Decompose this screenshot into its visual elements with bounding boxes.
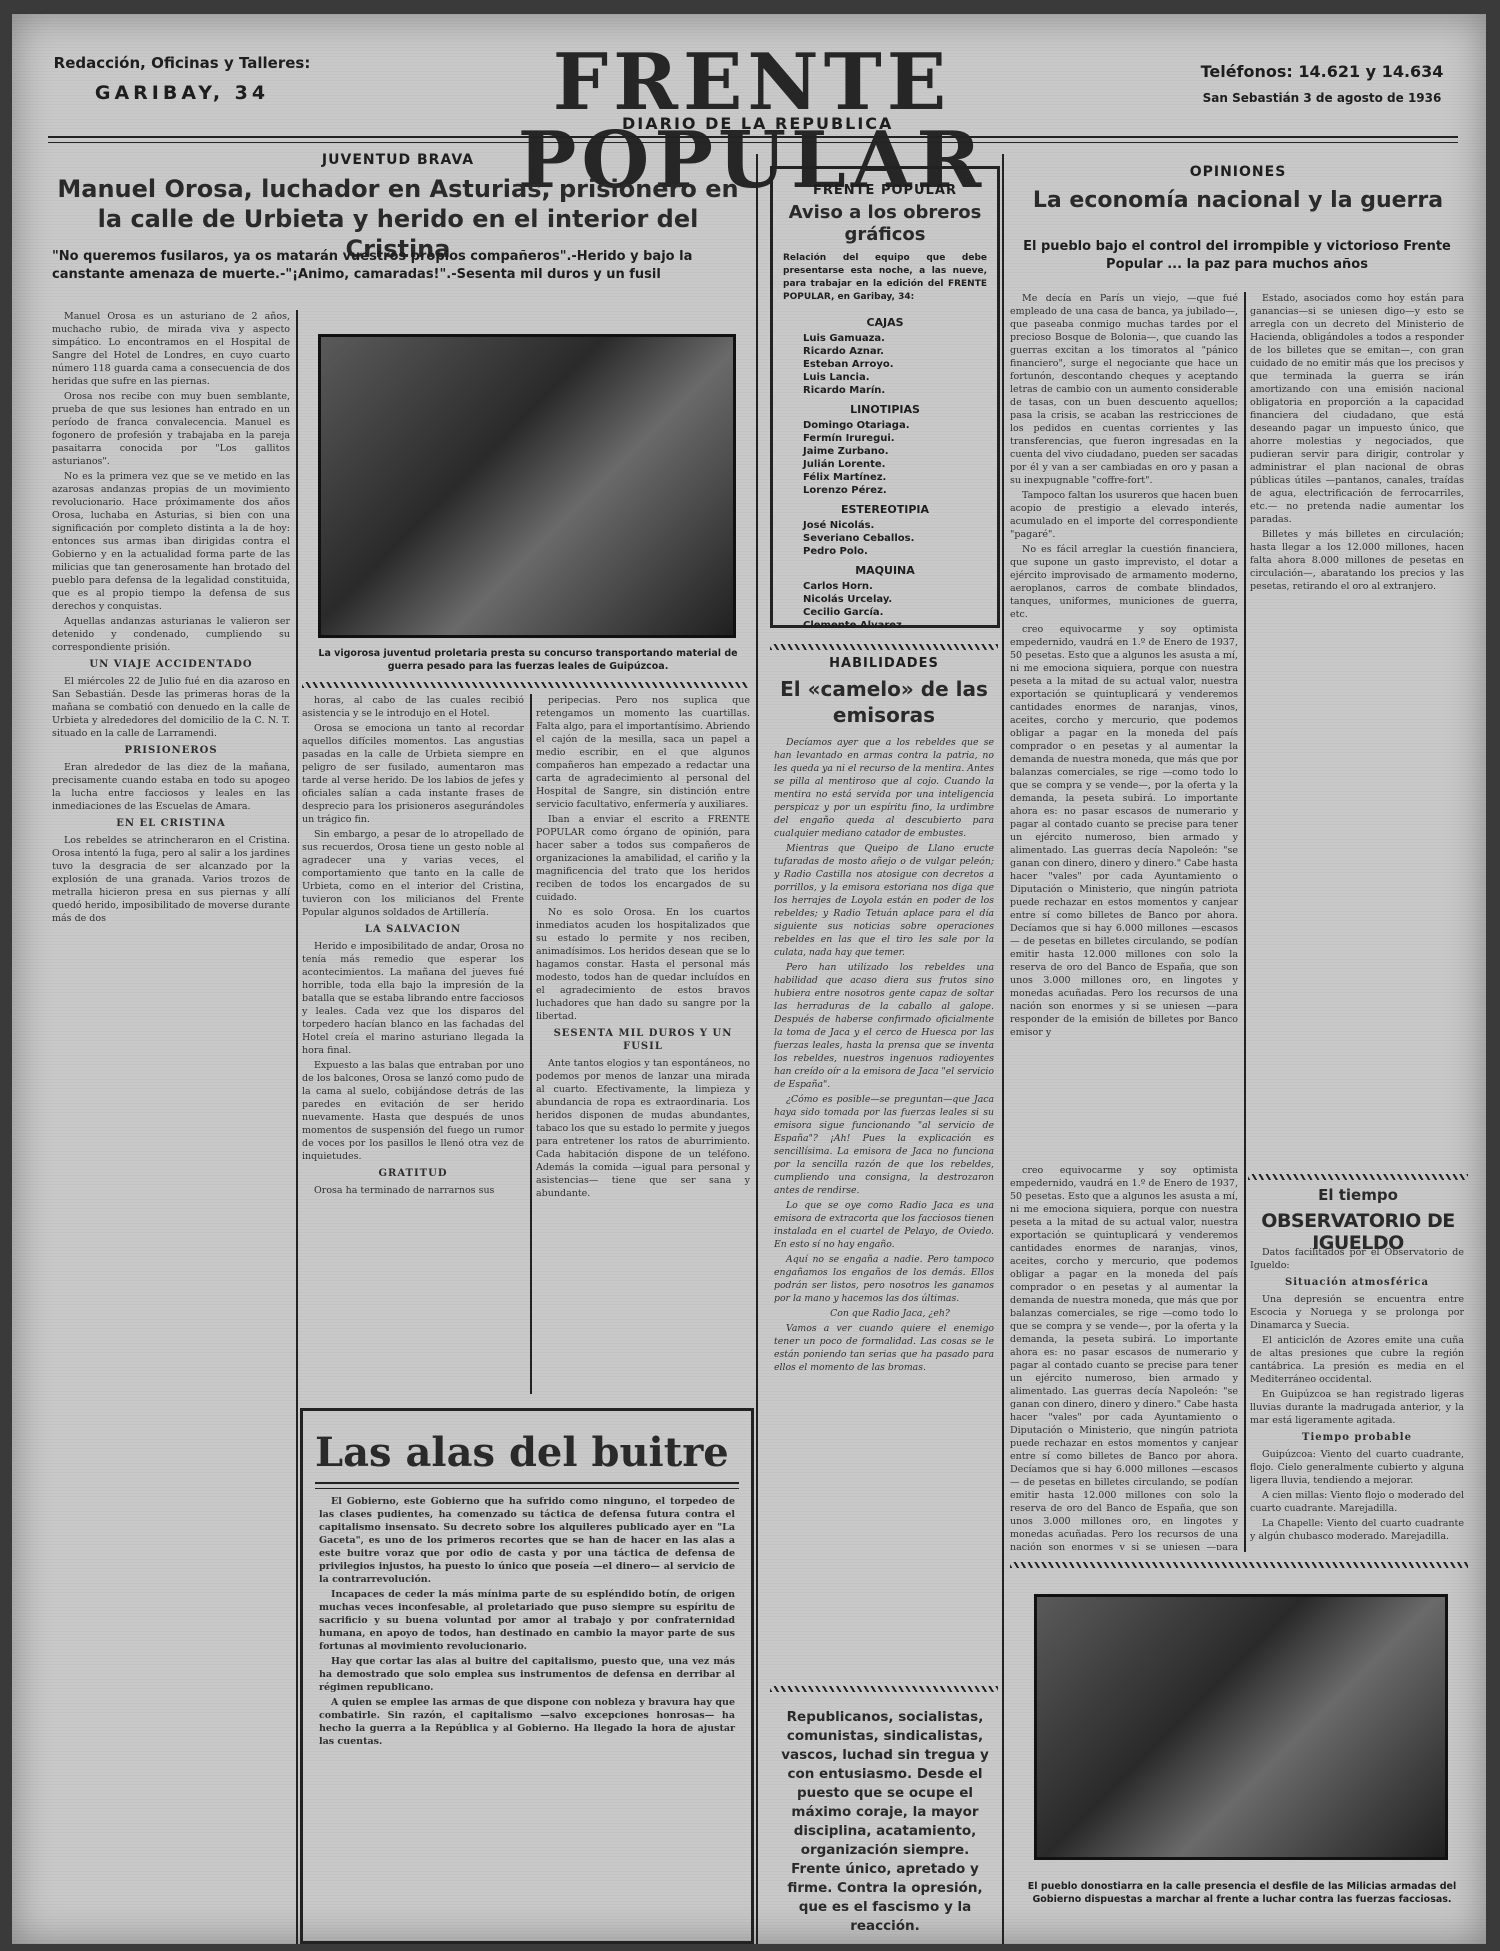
names-cajas: Luis Gamuaza. Ricardo Aznar. Esteban Arr… bbox=[773, 332, 997, 397]
subhead: UN VIAJE ACCIDENTADO bbox=[52, 658, 290, 671]
subhead: SESENTA MIL DUROS Y UN FUSIL bbox=[536, 1027, 750, 1053]
wavy-rule bbox=[1010, 1562, 1468, 1568]
names-maquina: Carlos Horn. Nicolás Urcelay. Cecilio Ga… bbox=[773, 580, 997, 632]
newspaper-subtitle: DIARIO DE LA REPUBLICA bbox=[622, 114, 893, 133]
buitre-rule bbox=[315, 1482, 739, 1489]
aviso-kicker: FRENTE POPULAR bbox=[773, 183, 997, 198]
masthead-rule bbox=[48, 136, 1458, 143]
address-label: Redacción, Oficinas y Talleres: bbox=[52, 54, 312, 72]
opiniones-column-2: Estado, asociados como hoy están para ga… bbox=[1250, 292, 1464, 1162]
habilidades-kicker: HABILIDADES bbox=[770, 656, 998, 671]
phones: Teléfonos: 14.621 y 14.634 bbox=[1172, 62, 1472, 81]
bottom-photo-caption: El pueblo donostiarra en la calle presen… bbox=[1022, 1880, 1462, 1906]
masthead-contact: Teléfonos: 14.621 y 14.634 San Sebastián… bbox=[1172, 62, 1472, 105]
address-value: GARIBAY, 34 bbox=[52, 82, 312, 104]
opiniones-headline: La economía nacional y la guerra bbox=[1008, 188, 1468, 213]
aviso-box: FRENTE POPULAR Aviso a los obreros gráfi… bbox=[770, 166, 1000, 628]
buitre-body: El Gobierno, este Gobierno que ha sufrid… bbox=[303, 1495, 751, 1748]
subhead: GRATITUD bbox=[302, 1167, 524, 1180]
lead-kicker: JUVENTUD BRAVA bbox=[48, 152, 748, 168]
section-cajas: CAJAS bbox=[773, 316, 997, 329]
dateline: San Sebastián 3 de agosto de 1936 bbox=[1172, 91, 1472, 105]
lead-photo bbox=[318, 334, 736, 638]
lead-photo-caption: La vigorosa juventud proletaria presta s… bbox=[308, 647, 748, 673]
wavy-rule bbox=[1248, 1174, 1468, 1180]
buitre-headline: Las alas del buitre bbox=[303, 1411, 751, 1482]
wavy-rule bbox=[302, 682, 748, 688]
wavy-rule bbox=[770, 644, 998, 650]
opiniones-kicker: OPINIONES bbox=[1008, 164, 1468, 180]
habilidades-headline: El «camelo» de las emisoras bbox=[770, 676, 998, 728]
newspaper-page: Redacción, Oficinas y Talleres: GARIBAY,… bbox=[12, 14, 1486, 1944]
tiempo-body: Datos facilitados por el Observatorio de… bbox=[1250, 1246, 1464, 1546]
aviso-intro: Relación del equipo que debe presentarse… bbox=[773, 246, 997, 310]
slogan-text: Republicanos, socialistas, comunistas, s… bbox=[776, 1708, 994, 1936]
lead-deck: "No queremos fusilaros, ya os matarán vu… bbox=[52, 248, 752, 284]
opiniones-deck: El pueblo bajo el control del irrompible… bbox=[1022, 238, 1452, 274]
subhead: LA SALVACION bbox=[302, 923, 524, 936]
column-rule bbox=[530, 694, 532, 1394]
column-rule bbox=[1002, 154, 1004, 1944]
lead-column-2: horas, al cabo de las cuales recibió asi… bbox=[302, 694, 524, 1394]
bottom-photo bbox=[1034, 1594, 1448, 1860]
subhead: PRISIONEROS bbox=[52, 744, 290, 757]
masthead-address: Redacción, Oficinas y Talleres: GARIBAY,… bbox=[52, 54, 312, 104]
buitre-box: Las alas del buitre El Gobierno, este Go… bbox=[300, 1408, 754, 1944]
section-maquina: MAQUINA bbox=[773, 564, 997, 577]
opiniones-column-1: Me decía en París un viejo, —que fué emp… bbox=[1010, 292, 1238, 1162]
column-rule bbox=[296, 310, 298, 1944]
section-linotipias: LINOTIPIAS bbox=[773, 403, 997, 416]
column-rule bbox=[1244, 292, 1246, 1552]
lead-column-1: Manuel Orosa es un asturiano de 2 años, … bbox=[52, 310, 290, 1944]
aviso-headline: Aviso a los obreros gráficos bbox=[773, 202, 997, 246]
habilidades-body: Decíamos ayer que a los rebeldes que se … bbox=[774, 736, 994, 1616]
column-rule bbox=[756, 154, 758, 1944]
tiempo-kicker: El tiempo bbox=[1248, 1186, 1468, 1204]
names-estereotipia: José Nicolás. Severiano Ceballos. Pedro … bbox=[773, 519, 997, 558]
subhead: EN EL CRISTINA bbox=[52, 817, 290, 830]
wavy-rule bbox=[770, 1686, 998, 1692]
opiniones-continued: creo equivocarme y soy optimista empeder… bbox=[1010, 1164, 1238, 1550]
section-estereotipia: ESTEREOTIPIA bbox=[773, 503, 997, 516]
names-linotipias: Domingo Otariaga. Fermín Iruregui. Jaime… bbox=[773, 419, 997, 497]
lead-column-3: peripecias. Pero nos suplica que retenga… bbox=[536, 694, 750, 1394]
